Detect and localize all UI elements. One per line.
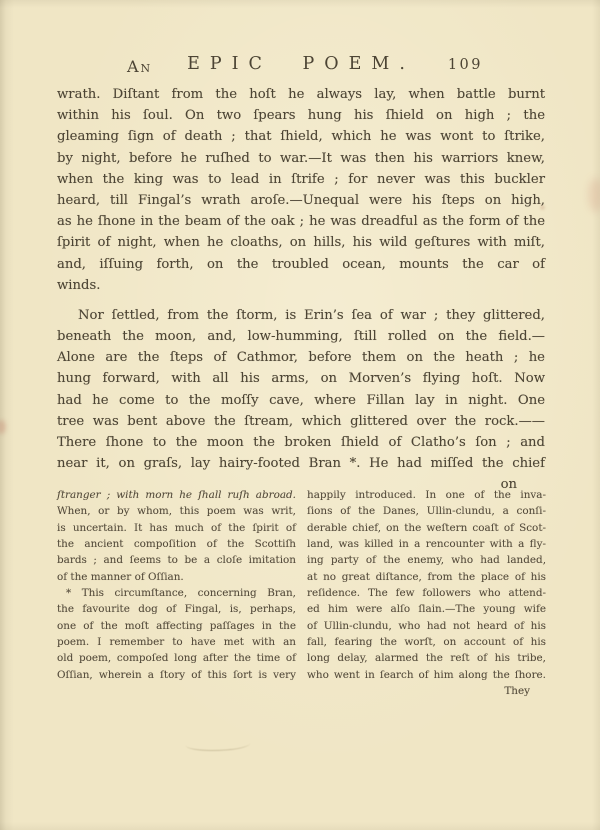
text-line: within his ſoul. On two ſpears hung his … [57, 105, 545, 126]
text-line: and, iſſuing forth, on the troubled ocea… [57, 254, 545, 275]
page-header: An EPIC POEM. 109 [57, 54, 545, 78]
text-line: of Ullin-clundu, who had not heard of hi… [307, 618, 546, 634]
text-line: ing party of the enemy, who had landed, [307, 552, 546, 568]
text-line: heard, till Fingal’s wrath aroſe.—Unequa… [57, 190, 545, 211]
catchword-footnote: They [307, 683, 546, 699]
text-line: ſpirit of night, when he cloaths, on hil… [57, 232, 545, 253]
footnotes-block: ſtranger ; with morn he ſhall ruſh abroa… [57, 487, 547, 699]
text-line: had he come to the moſſy cave, where Fil… [57, 390, 545, 411]
text-line: at no great diſtance, from the place of … [307, 569, 546, 585]
text-line: Oſſian, wherein a ſtory of this ſort is … [57, 667, 296, 683]
text-line: who went in ſearch of him along the ſhor… [307, 667, 546, 683]
paragraph-2: Nor ſettled, from the ſtorm, is Erin’s ſ… [57, 305, 545, 475]
text-line: happily introduced. In one of the inva- [307, 487, 546, 503]
paper-stain [0, 420, 6, 434]
text-line: near it, on graſs, lay hairy-footed Bran… [57, 453, 545, 474]
text-line: fall, fearing the worſt, on account of h… [307, 634, 546, 650]
text-line: is uncertain. It has much of the ſpirit … [57, 520, 296, 536]
text-line: of the manner of Oſſian. [57, 569, 296, 585]
text-line: ed him were alſo ſlain.—The young wife [307, 601, 546, 617]
text-line: gleaming ſign of death ; that ſhield, wh… [57, 126, 545, 147]
footnote-right-lines: happily introduced. In one of the inva-ſ… [307, 487, 546, 683]
main-text-block: wrath. Diſtant from the hoſt he always l… [57, 84, 545, 496]
text-line: tree was bent above the ſtream, which gl… [57, 411, 545, 432]
text-line: by night, before he ruſhed to war.—It wa… [57, 148, 545, 169]
text-line: the favourite dog of Fingal, is, perhaps… [57, 601, 296, 617]
text-line: the ancient compoſition of the Scottiſh [57, 536, 296, 552]
text-line: When, or by whom, this poem was writ, [57, 503, 296, 519]
text-line: one of the moſt affecting paſſages in th… [57, 618, 296, 634]
text-line: Alone are the ſteps of Cathmor, before t… [57, 347, 545, 368]
text-line: * This circumſtance, concerning Bran, [57, 585, 296, 601]
text-line: There ſhone to the moon the broken ſhiel… [57, 432, 545, 453]
text-line: ſtranger ; with morn he ſhall ruſh abroa… [57, 487, 296, 503]
text-line: hung forward, with all his arms, on Morv… [57, 368, 545, 389]
text-line: as he ſhone in the beam of the oak ; he … [57, 211, 545, 232]
text-line: when the king was to lead in ſtrife ; fo… [57, 169, 545, 190]
text-line: ſions of the Danes, Ullin-clundu, a conſ… [307, 503, 546, 519]
footnote-left-column: ſtranger ; with morn he ſhall ruſh abroa… [57, 487, 296, 699]
text-line: poem. I remember to have met with an [57, 634, 296, 650]
paper-stain [588, 178, 600, 212]
text-line: long delay, alarmed the reſt of his trib… [307, 650, 546, 666]
text-line: Nor ſettled, from the ſtorm, is Erin’s ſ… [57, 305, 545, 326]
page-number: 109 [448, 57, 483, 73]
text-line: bards ; and ſeems to be a cloſe imitatio… [57, 552, 296, 568]
text-line: reſidence. The few followers who attend- [307, 585, 546, 601]
text-line: old poem, compoſed long after the time o… [57, 650, 296, 666]
text-line: derable chief, on the weſtern coaſt of S… [307, 520, 546, 536]
paragraph-1: wrath. Diſtant from the hoſt he always l… [57, 84, 545, 296]
text-line: winds. [57, 275, 545, 296]
paper-speck [540, 205, 545, 210]
text-line: land, was killed in a rencounter with a … [307, 536, 546, 552]
footnote-right-column: happily introduced. In one of the inva-ſ… [307, 487, 546, 699]
book-page: An EPIC POEM. 109 wrath. Diſtant from th… [0, 0, 600, 830]
text-line: beneath the moon, and, low-humming, ſtil… [57, 326, 545, 347]
paper-scratch [186, 738, 250, 751]
text-line: wrath. Diſtant from the hoſt he always l… [57, 84, 545, 105]
